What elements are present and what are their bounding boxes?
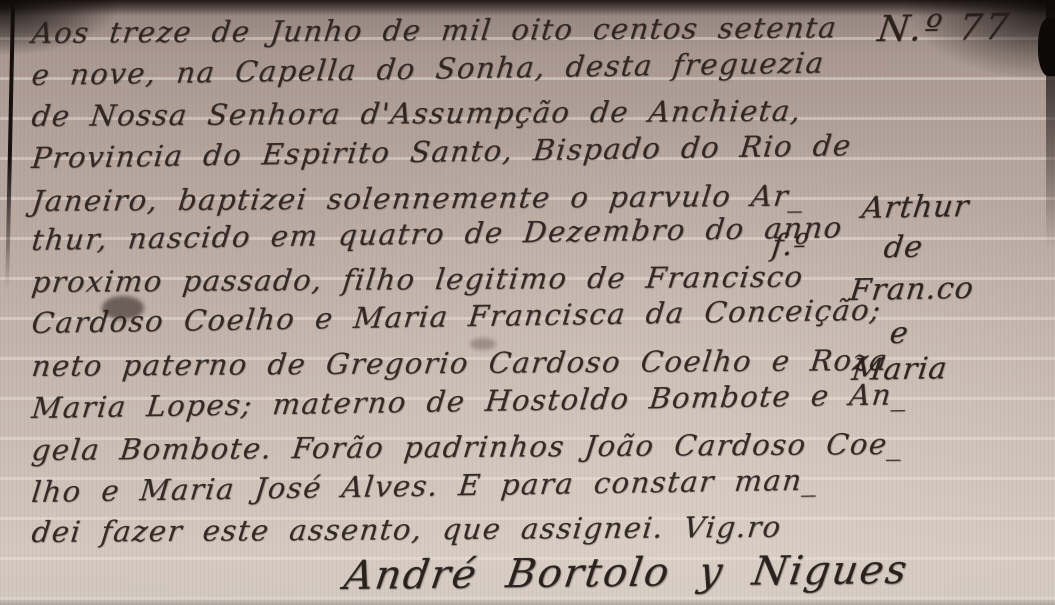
margin-filiation-de: de bbox=[882, 230, 925, 266]
margin-mother-name: Maria bbox=[850, 351, 950, 388]
text-line: lho e Maria José Alves. E para constar m… bbox=[30, 463, 820, 509]
manuscript-page: Aos treze de Junho de mil oito centos se… bbox=[0, 0, 1055, 605]
text-line: thur, nascido em quatro de Dezembro do a… bbox=[30, 210, 845, 257]
page-bottom-shadow bbox=[0, 598, 1055, 605]
text-line: proximo passado, filho legitimo de Franc… bbox=[30, 260, 806, 299]
text-line: Aos treze de Junho de mil oito centos se… bbox=[30, 10, 839, 50]
text-line: Maria Lopes; materno de Hostoldo Bombote… bbox=[30, 377, 910, 425]
margin-filiation-abbrev: f.º bbox=[770, 228, 811, 264]
right-edge-ink-blob bbox=[1038, 18, 1055, 76]
margin-father-abbrev: Fran.co bbox=[848, 271, 976, 308]
ink-smudge bbox=[102, 296, 144, 320]
text-line: dei fazer este assento, que assignei. Vi… bbox=[30, 510, 784, 549]
margin-record-number: N.º 77 bbox=[875, 7, 1013, 50]
margin-child-name: Arthur bbox=[860, 189, 972, 226]
text-line: e nove, na Capella do Sonha, desta fregu… bbox=[30, 46, 826, 92]
ink-smudge bbox=[470, 338, 496, 350]
text-line: Provincia do Espirito Santo, Bispado do … bbox=[30, 128, 854, 175]
text-line: Cardoso Coelho e Maria Francisca da Conc… bbox=[30, 293, 883, 340]
text-line: de Nossa Senhora d'Assumpção de Anchieta… bbox=[30, 94, 804, 133]
text-line: gela Bombote. Forão padrinhos João Cardo… bbox=[30, 427, 906, 467]
margin-conjunction: e bbox=[888, 316, 911, 351]
priest-signature: André Bortolo y Nigues bbox=[341, 547, 911, 599]
text-line: neto paterno de Gregorio Cardoso Coelho … bbox=[30, 343, 890, 383]
